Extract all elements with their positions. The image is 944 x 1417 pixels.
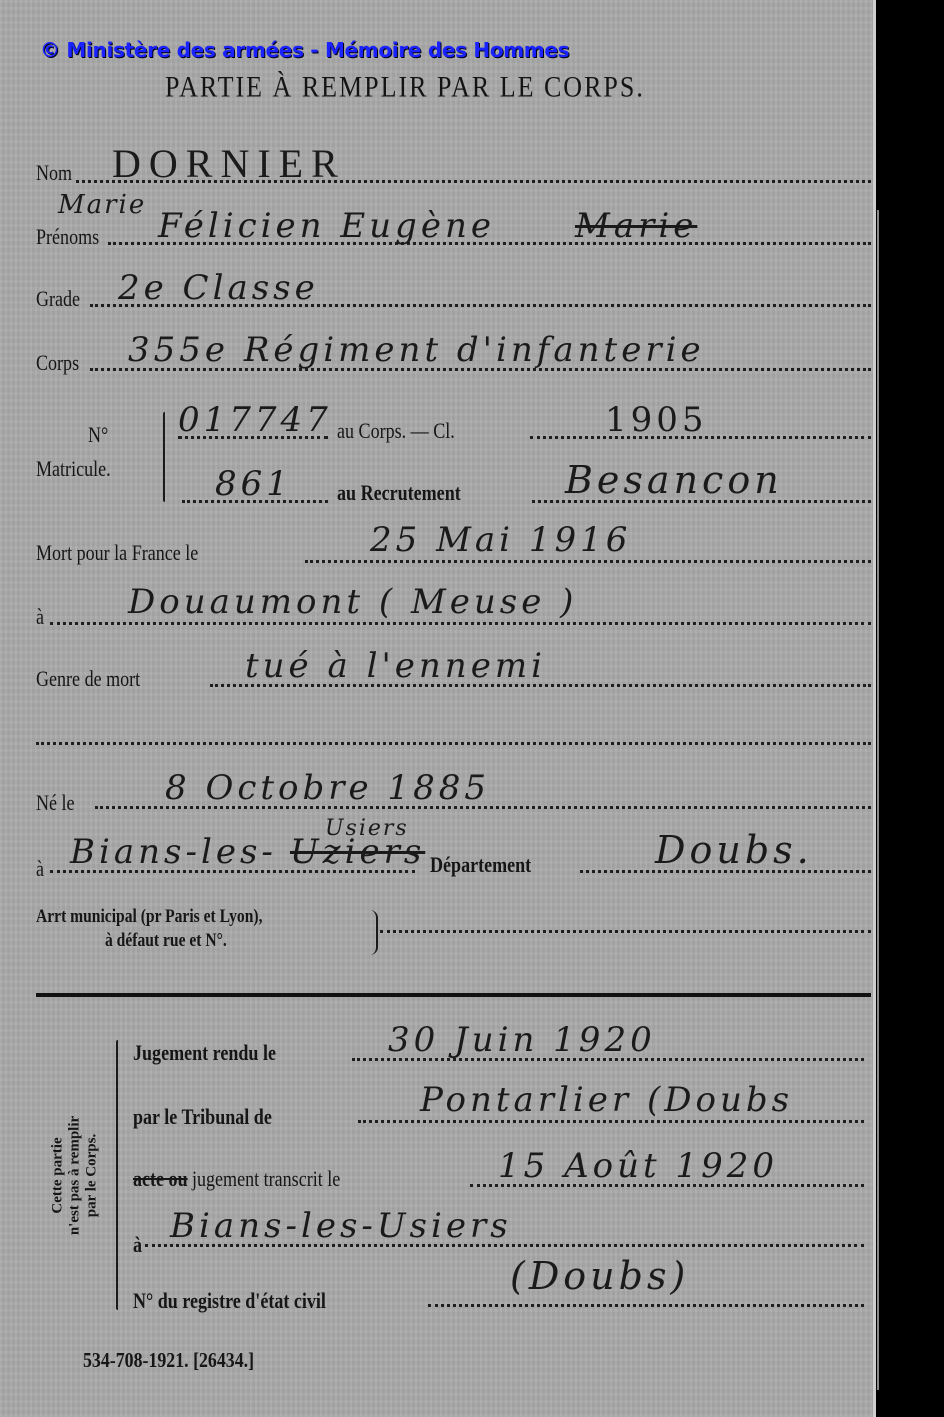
jugement-rendu-value: 30 Juin 1920: [388, 1020, 656, 1060]
mort-lieu-line: [50, 622, 871, 625]
side-note: Cette partie n'est pas à remplir par le …: [30, 1080, 120, 1280]
mort-date-value: 25 Mai 1916: [370, 520, 631, 560]
side-note-line1: Cette partie: [50, 1076, 67, 1276]
matricule-label: Matricule.: [36, 456, 111, 482]
tribunal-value: Pontarlier (Doubs: [420, 1080, 793, 1120]
form-title: PARTIE À REMPLIR PAR LE CORPS.: [165, 70, 645, 105]
recrutement-number: 861: [215, 464, 292, 504]
ne-a-value: Bians-les-: [70, 832, 277, 872]
mort-date-label: Mort pour la France le: [36, 540, 198, 566]
arrondissement-brace: [370, 910, 378, 955]
grade-value: 2e Classe: [118, 268, 319, 308]
genre-mort-value: tué à l'ennemi: [245, 646, 546, 686]
genre-mort-label: Genre de mort: [36, 666, 140, 692]
recrutement-number-line: [182, 500, 328, 503]
classe-value: 1905: [605, 400, 708, 440]
grade-label: Grade: [36, 286, 80, 312]
lieu-label: à: [133, 1232, 142, 1258]
section-divider: [36, 993, 871, 997]
mort-date-line: [305, 560, 871, 563]
ne-le-value: 8 Octobre 1885: [165, 768, 490, 808]
prenoms-struck-value: Marie: [575, 206, 697, 246]
prenoms-label: Prénoms: [36, 224, 99, 250]
tribunal-line: [358, 1120, 864, 1123]
side-note-line3: par le Corps.: [84, 1076, 101, 1276]
matricule-brace: [163, 412, 165, 502]
registre-line: [428, 1304, 864, 1307]
judgment-brace: [116, 1040, 118, 1310]
arrondissement-label-line1: Arrt municipal (pr Paris et Lyon),: [36, 906, 262, 928]
lieu-dept-value: (Doubs): [510, 1254, 689, 1298]
transcrit-label: jugement transcrit le: [192, 1166, 340, 1192]
au-recrutement-label: au Recrutement: [337, 480, 461, 506]
ne-a-label: à: [36, 856, 44, 882]
acte-ou-struck-label: acte ou: [133, 1166, 188, 1192]
form-reference-code: 534-708-1921. [26434.]: [83, 1348, 254, 1373]
matricule-corps-number: 017747: [178, 400, 332, 440]
arrondissement-line: [380, 930, 871, 933]
transcrit-value: 15 Août 1920: [498, 1146, 778, 1186]
ne-a-struck-value: Uziers: [290, 832, 425, 872]
mort-lieu-label: à: [36, 604, 44, 630]
side-note-line2: n'est pas à remplir: [67, 1076, 84, 1276]
matricule-corps-line: [178, 436, 328, 439]
recrutement-value: Besancon: [565, 458, 783, 502]
document-card: © Ministère des armées - Mémoire des Hom…: [0, 0, 876, 1417]
matricule-label-no: N°: [88, 422, 108, 448]
mort-lieu-value: Douaumont ( Meuse ): [128, 582, 577, 622]
departement-value: Doubs.: [655, 828, 813, 872]
ne-le-label: Né le: [36, 790, 75, 816]
blank-line: [36, 742, 871, 745]
copyright-watermark: © Ministère des armées - Mémoire des Hom…: [40, 38, 569, 62]
corps-value: 355e Régiment d'infanterie: [128, 330, 705, 370]
lieu-value: Bians-les-Usiers: [170, 1206, 512, 1246]
page-edge: [877, 210, 879, 1390]
registre-label: N° du registre d'état civil: [133, 1288, 326, 1314]
corps-label: Corps: [36, 350, 79, 376]
prenoms-value: Félicien Eugène: [158, 206, 495, 246]
departement-label: Département: [430, 852, 531, 878]
au-corps-label: au Corps. — Cl.: [337, 418, 455, 444]
jugement-rendu-label: Jugement rendu le: [133, 1040, 276, 1066]
nom-label: Nom: [36, 160, 72, 186]
tribunal-label: par le Tribunal de: [133, 1104, 272, 1130]
prenoms-added-value: Marie: [58, 190, 146, 220]
nom-value: DORNIER: [112, 140, 346, 187]
arrondissement-label-line2: à défaut rue et N°.: [105, 930, 227, 952]
